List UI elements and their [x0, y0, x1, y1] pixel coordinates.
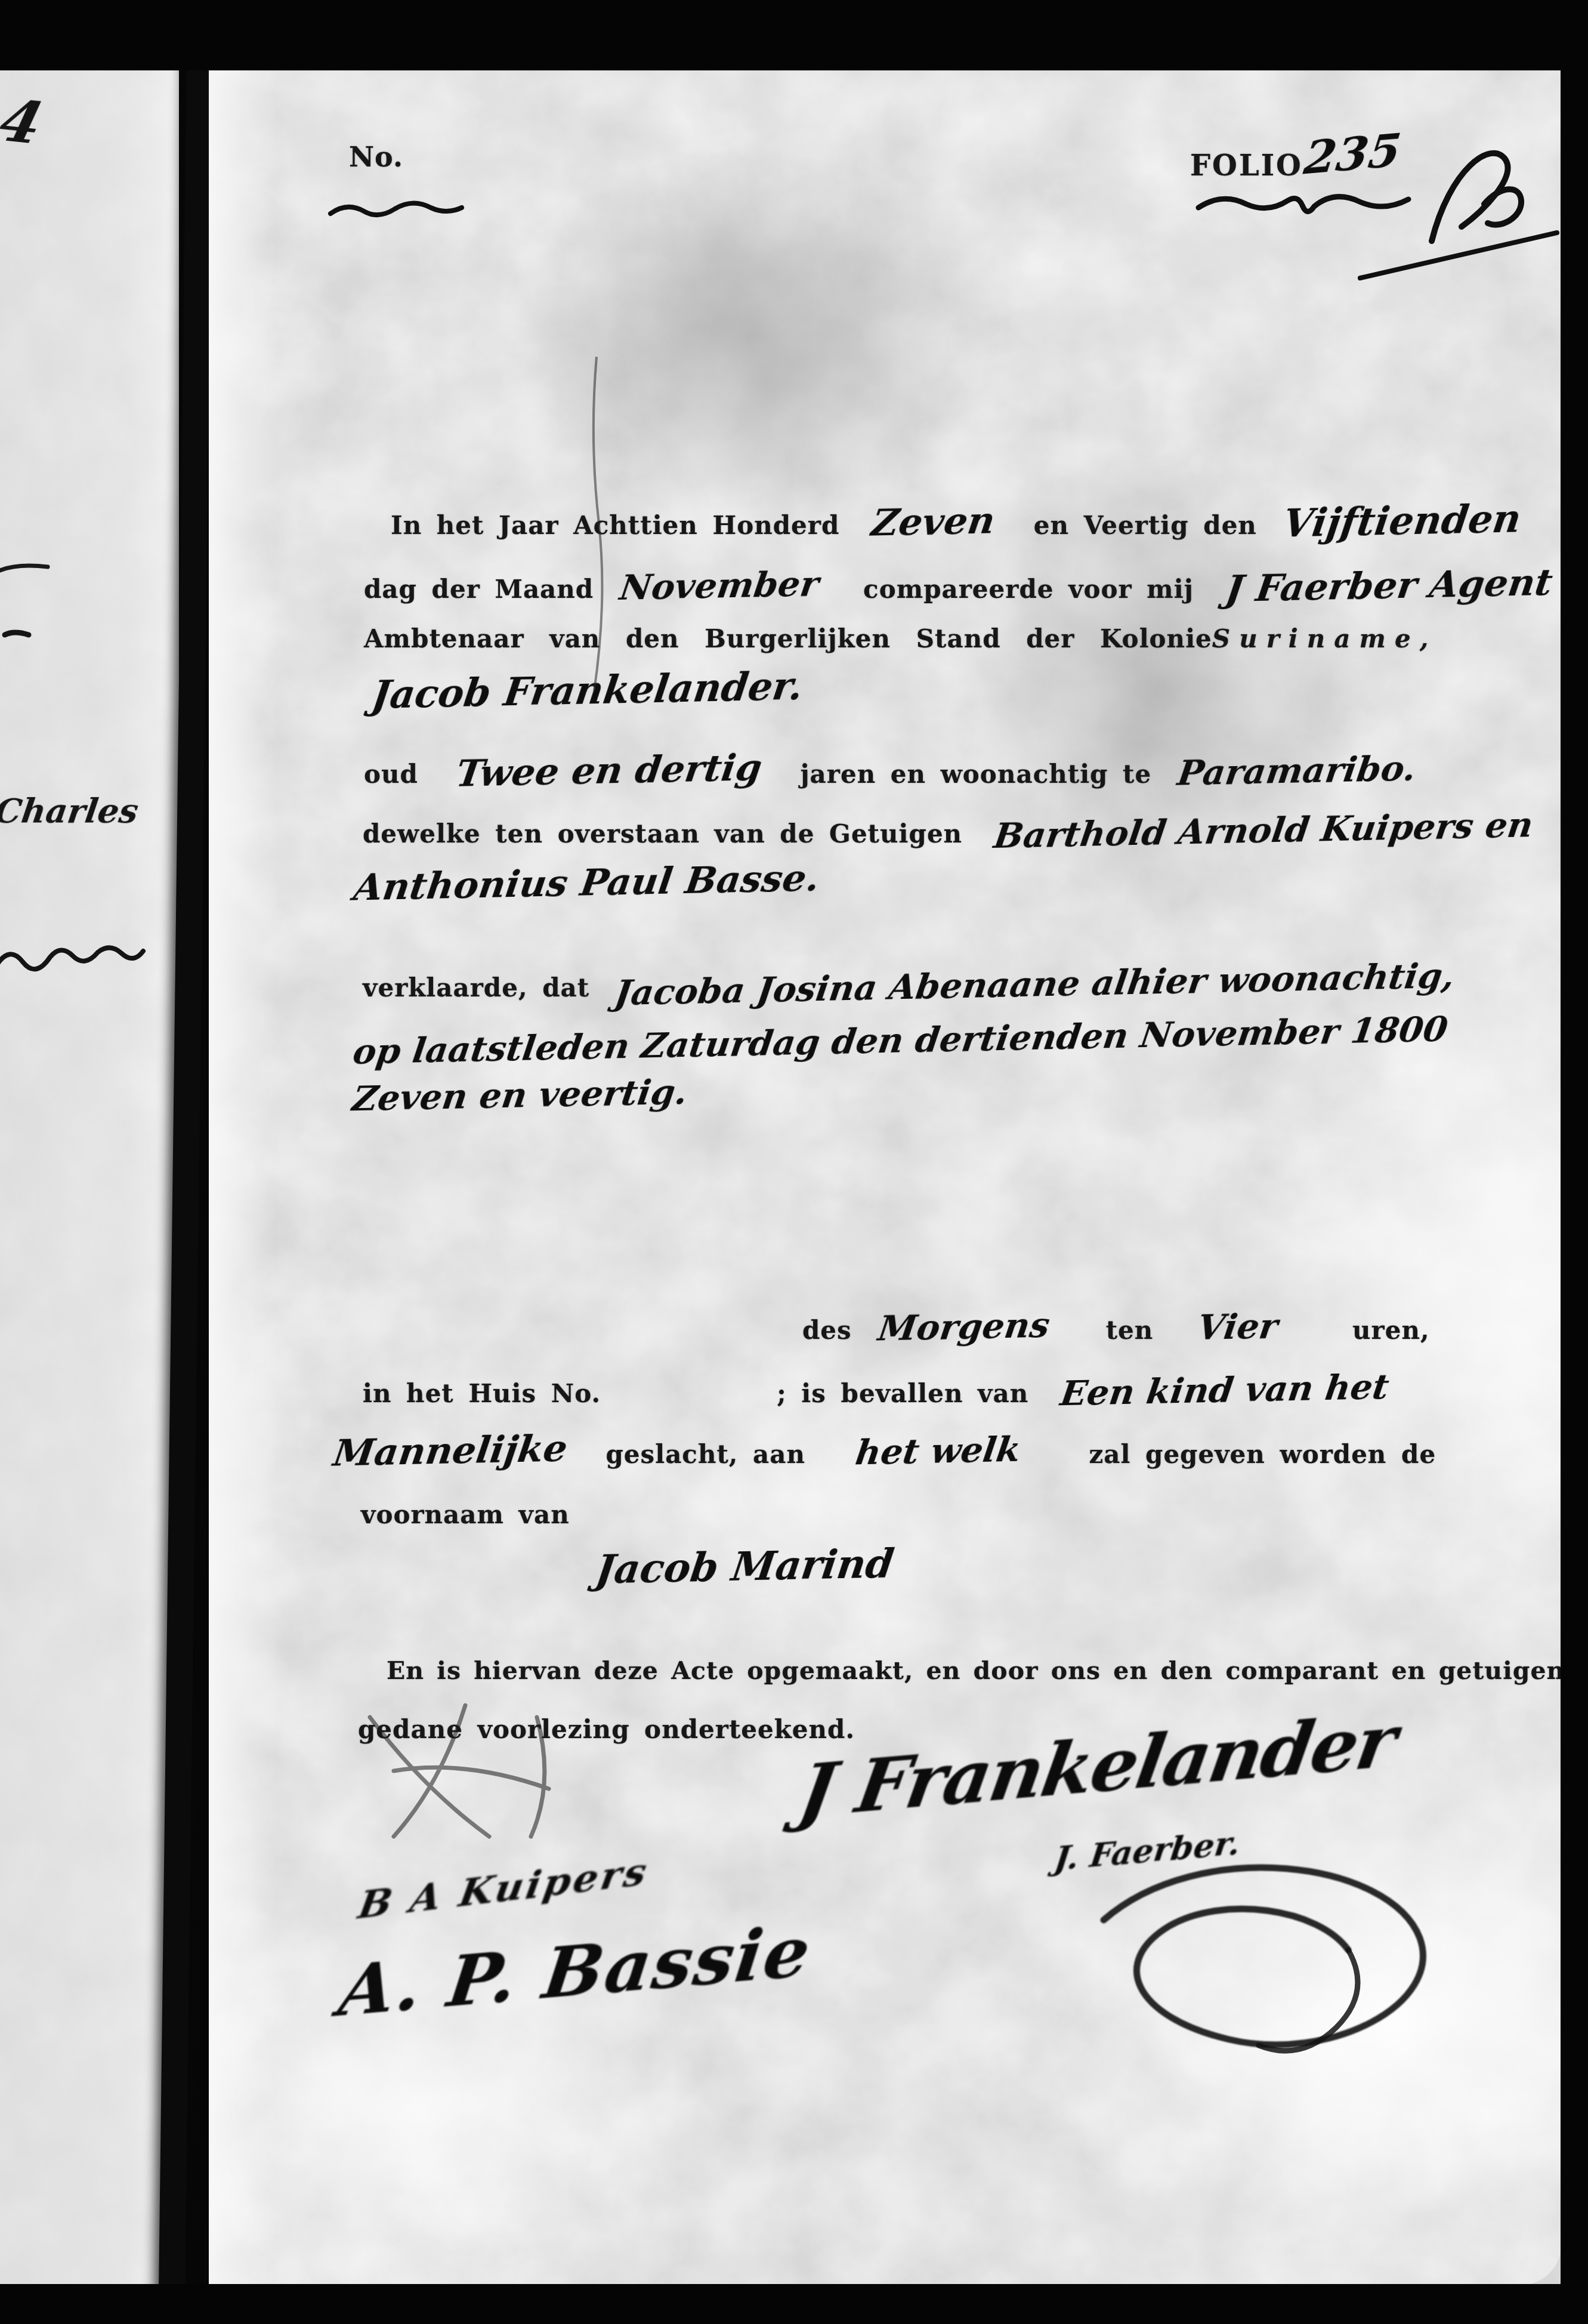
- folio-label: FOLIO: [1190, 149, 1303, 183]
- printed-text: zal gegeven worden de: [1089, 1440, 1436, 1469]
- illegible-scrawl: [0, 924, 146, 989]
- act-line-house-birth: in het Huis No. ; is bevallen van Een ki…: [363, 1370, 1388, 1411]
- act-line-year: In het Jaar Achttien Honderd Zeven en Ve…: [391, 499, 1521, 544]
- act-line-firstname-label: voornaam van: [361, 1500, 570, 1529]
- handwritten-entry: Jacob Marind: [593, 1540, 897, 1592]
- handwritten-entry: Mannelijke: [330, 1426, 570, 1474]
- printed-text: jaren en woonachtig te: [800, 760, 1151, 789]
- printed-text: dewelke ten overstaan van de Getuigen: [363, 819, 962, 848]
- act-line-birth-date: op laatstleden Zaturdag den dertienden N…: [355, 1020, 1446, 1061]
- printed-text: in het Huis No.: [363, 1379, 601, 1408]
- birth-act-page: No. FOLIO 235 In het Jaar Achttien Honde…: [209, 70, 1562, 2285]
- printed-text: oud: [364, 760, 418, 789]
- folio-paraph-mark: [1360, 128, 1569, 283]
- printed-text-suriname: Suriname,: [1212, 624, 1437, 653]
- act-line-witness2: Anthonius Paul Basse.: [355, 860, 818, 904]
- handwritten-entry: Een kind van het: [1058, 1366, 1392, 1413]
- no-underline-flourish: [328, 200, 465, 222]
- handwritten-entry: J Faerber Agent: [1223, 560, 1555, 610]
- signature-flourish: [1068, 1848, 1473, 2111]
- handwritten-entry: Morgens: [876, 1305, 1052, 1349]
- act-line-sex: Mannelijke geslacht, aan het welk zal ge…: [334, 1428, 1436, 1472]
- handwritten-entry: Vijftienden: [1280, 496, 1524, 546]
- printed-text: In het Jaar Achttien Honderd: [391, 511, 839, 540]
- act-line-time: des Morgens ten Vier uren,: [802, 1307, 1430, 1347]
- archival-photo-frame: 4 Charles No. FOLIO 235: [0, 0, 1588, 2324]
- printed-text: verklaarde, dat: [363, 973, 589, 1002]
- film-border-bottom: [0, 2284, 1588, 2324]
- printed-text: geslacht, aan: [605, 1440, 805, 1469]
- ink-scribble-cross: [358, 1681, 668, 1860]
- printed-text: compareerde voor mij: [863, 575, 1194, 604]
- printed-text: Ambtenaar van den Burgerlijken Stand der…: [364, 624, 1212, 653]
- handwritten-entry: Barthold Arnold Kuipers en: [991, 805, 1536, 857]
- printed-text: des: [802, 1316, 852, 1345]
- act-line-birth-year: Zeven en veertig.: [353, 1075, 687, 1116]
- act-line-declaration: verklaarde, dat Jacoba Josina Abenaane a…: [363, 964, 1453, 1005]
- ink-dash-mark: [0, 560, 54, 578]
- handwriting-fragment: Charles: [0, 791, 141, 831]
- handwritten-entry: November: [617, 564, 821, 609]
- printed-text: en Veertig den: [1034, 511, 1257, 540]
- no-label: No.: [349, 141, 403, 173]
- act-line-month: dag der Maand November compareerde voor …: [364, 563, 1552, 607]
- handwritten-entry: Zeven en veertig.: [350, 1072, 690, 1119]
- act-line-officer: Ambtenaar van den Burgerlijken Stand der…: [364, 624, 1415, 653]
- act-line-closing1: En is hiervan deze Acte opgemaakt, en do…: [387, 1656, 1588, 1685]
- act-line-child-name: Jacob Marind: [597, 1543, 893, 1590]
- handwritten-entry: het welk: [853, 1429, 1023, 1473]
- ink-dot-mark: [0, 626, 36, 642]
- handwritten-entry: Anthonius Paul Basse.: [351, 856, 823, 909]
- film-border-right: [1561, 0, 1588, 2324]
- film-border-top: [0, 0, 1588, 70]
- printed-text: ten: [1106, 1316, 1154, 1345]
- handwritten-entry: Paramaribo.: [1175, 748, 1419, 794]
- printed-text: En is hiervan deze Acte opgemaakt, en do…: [387, 1656, 1588, 1685]
- act-line-age-residence: oud Twee en dertig jaren en woonachtig t…: [364, 748, 1416, 792]
- printed-text: voornaam van: [361, 1500, 570, 1529]
- ink-streak: [579, 357, 614, 691]
- previous-page-edge: 4 Charles: [0, 64, 179, 2286]
- handwritten-entry: Zeven: [869, 498, 998, 544]
- act-line-witnesses: dewelke ten overstaan van de Getuigen Ba…: [363, 810, 1532, 851]
- handwritten-entry: Vier: [1195, 1306, 1281, 1348]
- paper-texture: [0, 64, 179, 2286]
- handwritten-entry: Twee en dertig: [453, 745, 765, 795]
- printed-text: ; is bevallen van: [777, 1379, 1028, 1408]
- printed-text: uren,: [1352, 1316, 1430, 1345]
- printed-text: dag der Maand: [364, 575, 594, 604]
